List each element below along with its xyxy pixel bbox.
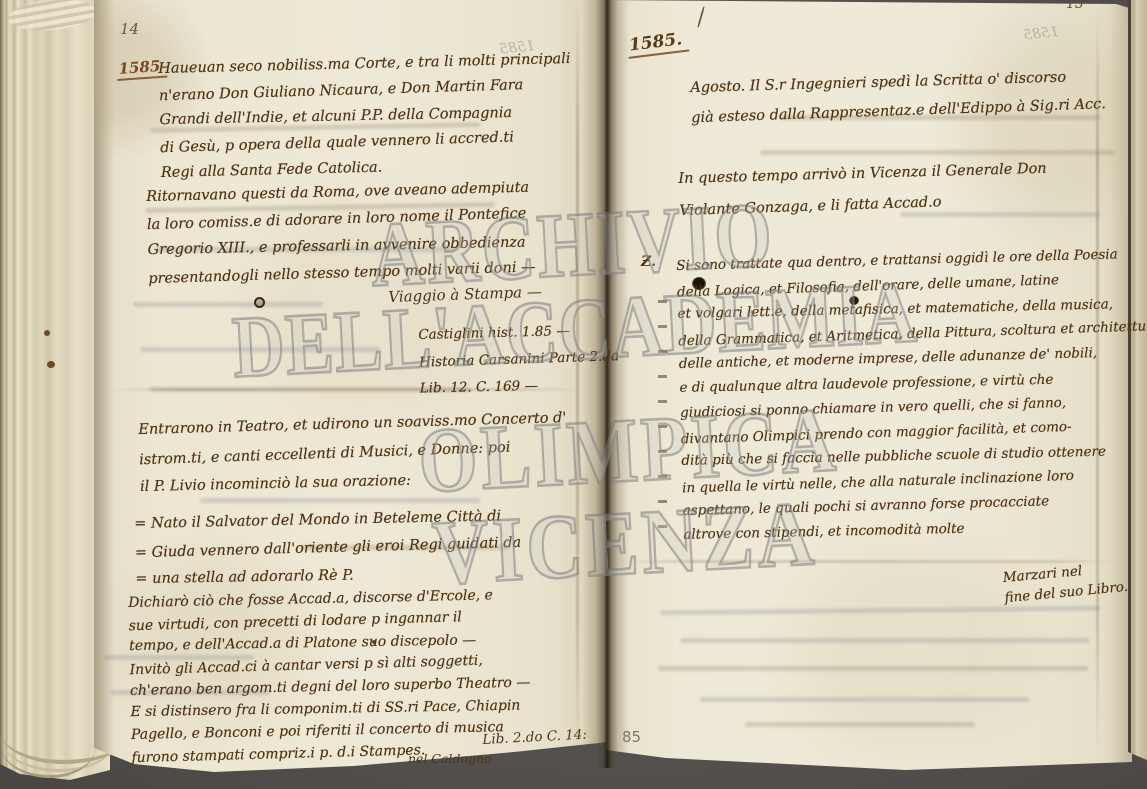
ink-speck xyxy=(44,330,50,336)
bleedthrough-text xyxy=(658,666,1088,671)
bleedthrough-text xyxy=(745,722,975,727)
citation-note: nel Caldogno xyxy=(408,751,492,766)
ink-speck xyxy=(47,361,55,368)
paragraph: Agosto. Il S.r Ingegnieri spedì la Scrit… xyxy=(690,62,1106,132)
page-stack-bottom-edge xyxy=(0,712,96,778)
bleedthrough-text xyxy=(680,638,1090,643)
paragraph: Haueuan seco nobiliss.ma Corte, e tra li… xyxy=(158,46,573,186)
bleedthrough-text xyxy=(760,150,1115,155)
page-number: 15 xyxy=(1066,0,1084,12)
book-spine-page-stack xyxy=(0,0,110,784)
manuscript-photo: 14 1585 1585 Haueuan seco nobiliss.ma Co… xyxy=(0,0,1147,789)
page-number: 14 xyxy=(120,20,139,38)
pencil-folio-number: 85 xyxy=(622,728,641,746)
watermark-line: VICENZA xyxy=(430,480,819,606)
paragraph: Dichiarò ciò che fosse Accad.a, discorse… xyxy=(128,584,532,768)
bleedthrough-text xyxy=(700,697,1030,702)
